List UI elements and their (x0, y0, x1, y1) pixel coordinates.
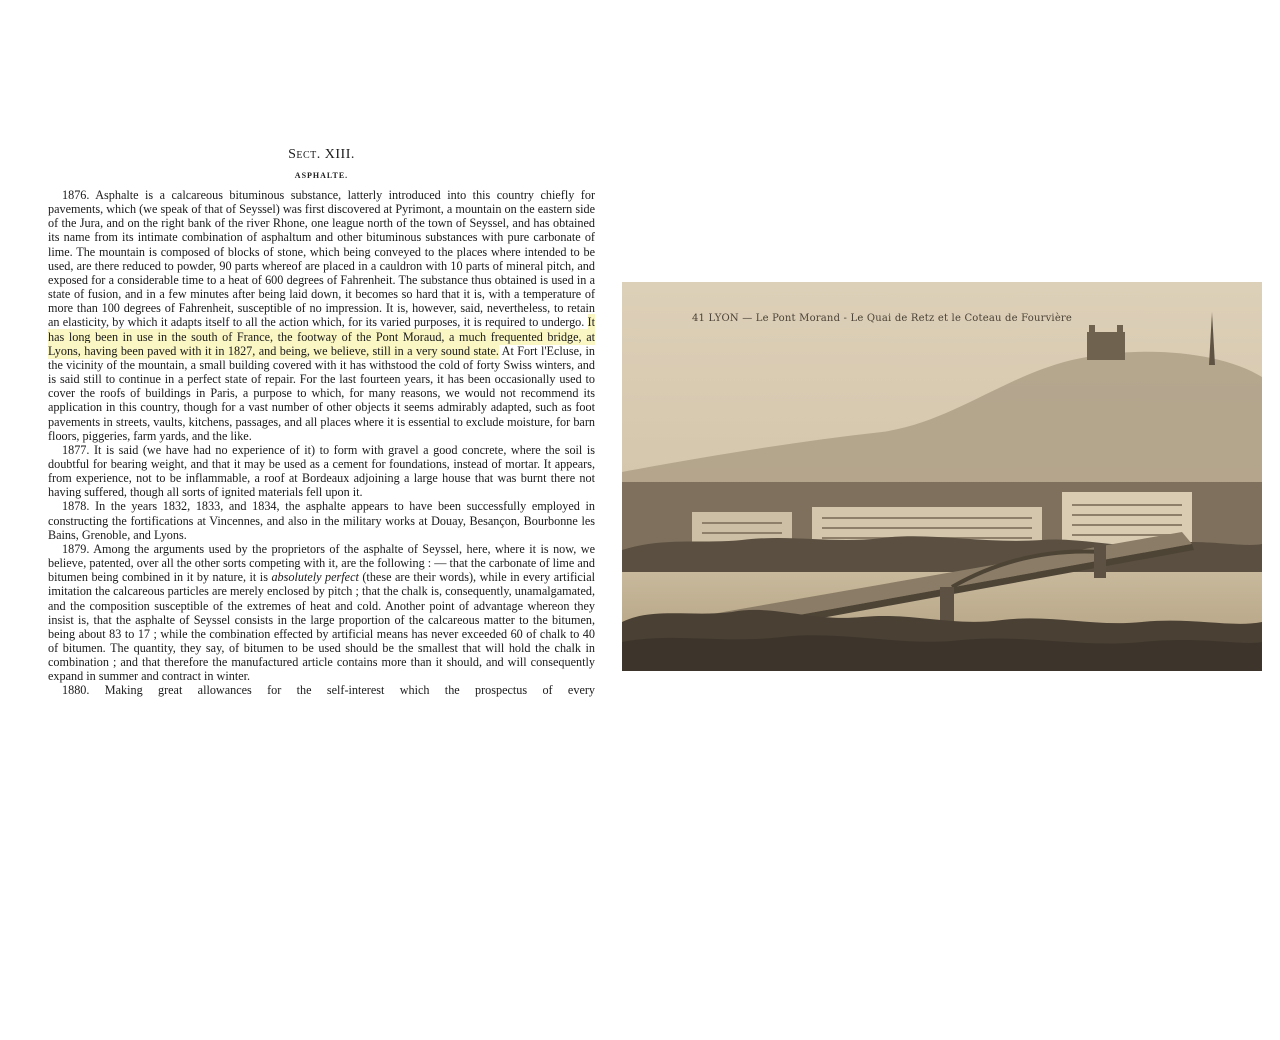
paragraph-text: Making great allowances for the self-int… (105, 683, 595, 697)
postcard-illustration (622, 282, 1262, 671)
paragraph-1878: 1878. In the years 1832, 1833, and 1834,… (48, 499, 595, 541)
section-heading: Sect. XIII. (48, 146, 595, 164)
section-number: XIII. (325, 147, 355, 162)
paragraph-text: Asphalte is a calcareous bituminous subs… (48, 188, 595, 329)
paragraph-1876: 1876. Asphalte is a calcareous bituminou… (48, 188, 595, 443)
paragraph-1879: 1879. Among the arguments used by the pr… (48, 542, 595, 684)
paragraph-text: It is said (we have had no experience of… (48, 443, 595, 499)
paragraph-number: 1876. (62, 188, 89, 202)
section-title: ASPHALTE. (48, 170, 595, 182)
paragraph-number: 1880. (62, 683, 89, 697)
paragraph-text: (these are their words), while in every … (48, 570, 595, 683)
section-label: Sect. (288, 147, 321, 162)
paragraph-1880: 1880. Making great allowances for the se… (48, 683, 595, 697)
paragraph-text: In the years 1832, 1833, and 1834, the a… (48, 499, 595, 541)
lyon-postcard-photo: 41 LYON — Le Pont Morand - Le Quai de Re… (622, 282, 1262, 671)
postcard-caption: 41 LYON — Le Pont Morand - Le Quai de Re… (692, 313, 1072, 324)
italic-emphasis: absolutely perfect (271, 570, 358, 584)
document-page: Sect. XIII. ASPHALTE. 1876. Asphalte is … (48, 146, 595, 698)
paragraph-1877: 1877. It is said (we have had no experie… (48, 443, 595, 500)
paragraph-number: 1878. (62, 499, 89, 513)
paragraph-number: 1877. (62, 443, 89, 457)
paragraph-text: At Fort l'Ecluse, in the vicinity of the… (48, 344, 595, 443)
paragraph-number: 1879. (62, 542, 89, 556)
